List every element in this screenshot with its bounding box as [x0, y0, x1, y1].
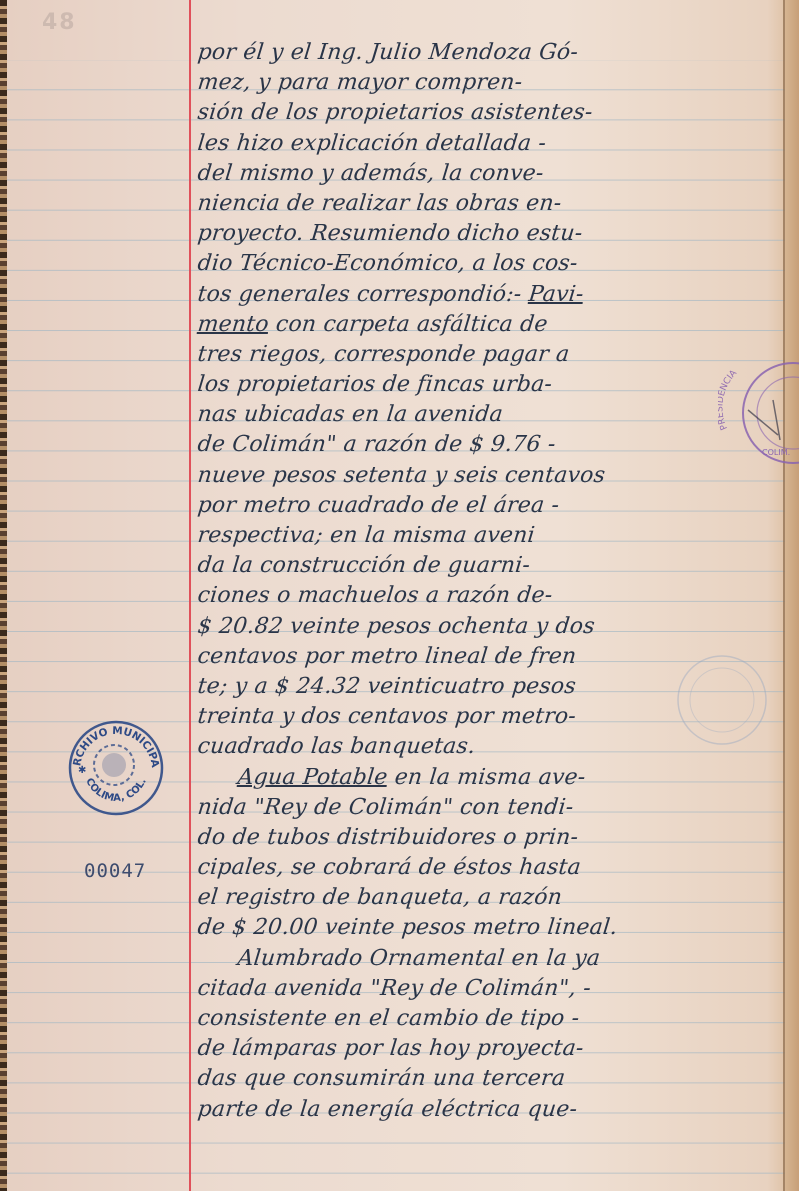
underlined-heading: mento	[196, 312, 270, 337]
text-line: parte de la energía eléctrica que-	[196, 1095, 779, 1125]
line-text: los propietarios de fincas urba-	[196, 372, 553, 397]
presidencia-stamp-text: PRESIDENCIA	[718, 368, 740, 432]
text-line: nas ubicadas en la avenida	[196, 400, 779, 430]
red-margin-line	[189, 0, 191, 1191]
text-line: $ 20.82 veinte pesos ochenta y dos	[196, 612, 779, 642]
svg-text:✱: ✱	[78, 765, 86, 776]
text-line: mez, y para mayor compren-	[196, 68, 779, 98]
line-text: proyecto. Resumiendo dicho estu-	[196, 221, 583, 246]
line-text: en la misma ave-	[386, 765, 587, 790]
line-text: cipales, se cobrará de éstos hasta	[196, 855, 582, 880]
text-line: de $ 20.00 veinte pesos metro lineal.	[196, 913, 779, 943]
line-text: del mismo y además, la conve-	[196, 161, 545, 186]
line-text: con carpeta asfáltica de	[267, 312, 548, 337]
line-text: ciones o machuelos a razón de-	[196, 583, 553, 608]
line-text: tos generales correspondió:-	[196, 282, 530, 307]
line-text: consistente en el cambio de tipo -	[196, 1006, 580, 1031]
line-text: te; y a $ 24.32 veinticuatro pesos	[196, 674, 577, 699]
text-line: da la construcción de guarni-	[196, 551, 779, 581]
line-text: da la construcción de guarni-	[196, 553, 531, 578]
line-text: nueve pesos setenta y seis centavos	[196, 463, 606, 488]
book-binding	[0, 0, 7, 1191]
line-text: de Colimán" a razón de $ 9.76 -	[196, 432, 557, 457]
text-line: do de tubos distribuidores o prin-	[196, 823, 779, 853]
line-text: de lámparas por las hoy proyecta-	[196, 1036, 585, 1061]
line-text: $ 20.82 veinte pesos ochenta y dos	[196, 614, 596, 639]
svg-text:PRESIDENCIA: PRESIDENCIA	[718, 368, 740, 432]
ledger-page: 48 por él y el Ing. Julio Mendoza Gó-mez…	[0, 0, 799, 1191]
text-line: Agua Potable en la misma ave-	[196, 763, 779, 793]
text-line: tos generales correspondió:- Pavi-	[196, 280, 779, 310]
text-line: tres riegos, corresponde pagar a	[196, 340, 779, 370]
text-line: por metro cuadrado de el área -	[196, 491, 779, 521]
text-line: por él y el Ing. Julio Mendoza Gó-	[196, 38, 779, 68]
text-line: sión de los propietarios asistentes-	[196, 98, 779, 128]
text-line: de lámparas por las hoy proyecta-	[196, 1034, 779, 1064]
text-line: proyecto. Resumiendo dicho estu-	[196, 219, 779, 249]
line-text: nida "Rey de Colimán" con tendi-	[196, 795, 574, 820]
line-text: el registro de banqueta, a razón	[196, 885, 563, 910]
text-line: del mismo y además, la conve-	[196, 159, 779, 189]
line-text: por metro cuadrado de el área -	[196, 493, 560, 518]
text-line: nida "Rey de Colimán" con tendi-	[196, 793, 779, 823]
line-text: nas ubicadas en la avenida	[196, 402, 504, 427]
text-line: niencia de realizar las obras en-	[196, 189, 779, 219]
folio-number: 00047	[84, 860, 146, 882]
line-text: de $ 20.00 veinte pesos metro lineal.	[196, 915, 618, 940]
page-edge	[785, 0, 799, 1191]
presidencia-stamp: PRESIDENCIA COLIM.	[718, 355, 799, 475]
page-gutter-line	[783, 0, 785, 1191]
archive-stamp-icon: ARCHIVO MUNICIPAL COLIMA, COL. ✱	[66, 718, 166, 818]
text-line: nueve pesos setenta y seis centavos	[196, 461, 779, 491]
text-line: los propietarios de fincas urba-	[196, 370, 779, 400]
archive-stamp-bottom-text: COLIMA, COL.	[83, 777, 149, 805]
text-line: cipales, se cobrará de éstos hasta	[196, 853, 779, 883]
line-text: por él y el Ing. Julio Mendoza Gó-	[196, 40, 579, 65]
text-line: Alumbrado Ornamental en la ya	[196, 944, 779, 974]
line-text: dio Técnico-Económico, a los cos-	[196, 251, 579, 276]
underlined-heading: Agua Potable	[236, 765, 389, 790]
line-text: cuadrado las banquetas.	[196, 734, 476, 759]
text-line: el registro de banqueta, a razón	[196, 883, 779, 913]
handwritten-text-body: por él y el Ing. Julio Mendoza Gó-mez, y…	[196, 38, 776, 1125]
text-line: respectiva; en la misma aveni	[196, 521, 779, 551]
line-text: sión de los propietarios asistentes-	[196, 100, 594, 125]
archivo-municipal-stamp: ARCHIVO MUNICIPAL COLIMA, COL. ✱	[66, 718, 166, 818]
line-text: parte de la energía eléctrica que-	[196, 1097, 578, 1122]
text-line: das que consumirán una tercera	[196, 1064, 779, 1094]
line-text: tres riegos, corresponde pagar a	[196, 342, 570, 367]
line-text: respectiva; en la misma aveni	[196, 523, 536, 548]
presidencia-stamp-bottom-text: COLIM.	[762, 448, 790, 457]
text-line: ciones o machuelos a razón de-	[196, 581, 779, 611]
line-text: centavos por metro lineal de fren	[196, 644, 577, 669]
text-line: les hizo explicación detallada -	[196, 129, 779, 159]
text-line: citada avenida "Rey de Colimán", -	[196, 974, 779, 1004]
line-text: citada avenida "Rey de Colimán", -	[196, 976, 592, 1001]
underlined-heading: Pavi-	[527, 282, 584, 307]
line-text: Alumbrado Ornamental en la ya	[236, 946, 601, 971]
line-text: mez, y para mayor compren-	[196, 70, 523, 95]
faint-page-number: 48	[42, 10, 77, 35]
line-text: les hizo explicación detallada -	[196, 131, 547, 156]
text-line: consistente en el cambio de tipo -	[196, 1004, 779, 1034]
line-text: niencia de realizar las obras en-	[196, 191, 562, 216]
text-line: mento con carpeta asfáltica de	[196, 310, 779, 340]
faint-embossed-seal	[672, 650, 772, 750]
line-text: treinta y dos centavos por metro-	[196, 704, 577, 729]
svg-text:COLIMA, COL.: COLIMA, COL.	[83, 777, 149, 805]
line-text: do de tubos distribuidores o prin-	[196, 825, 579, 850]
presidencia-stamp-icon: PRESIDENCIA COLIM.	[718, 355, 799, 475]
text-line: dio Técnico-Económico, a los cos-	[196, 249, 779, 279]
text-line: de Colimán" a razón de $ 9.76 -	[196, 430, 779, 460]
embossed-seal-icon	[672, 650, 772, 750]
line-text: das que consumirán una tercera	[196, 1066, 566, 1091]
